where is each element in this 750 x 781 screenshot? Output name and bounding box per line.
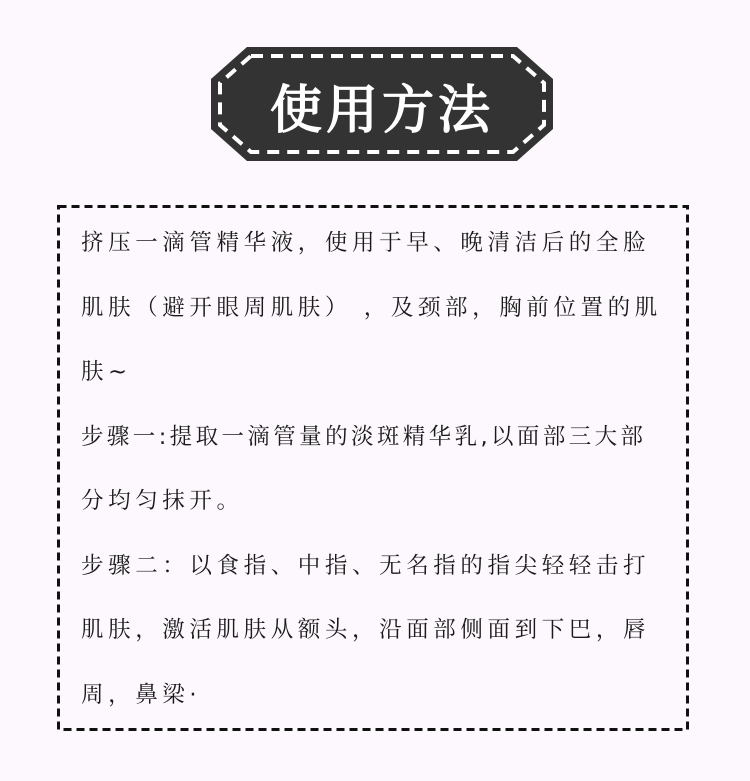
instruction-line: 挤压一滴管精华液，使用于早、晚清洁后的全脸 [81, 220, 681, 285]
instructions-box: 挤压一滴管精华液，使用于早、晚清洁后的全脸 肌肤（避开眼周肌肤） ，及颈部，胸前… [57, 205, 689, 731]
instruction-line: 肤~ [81, 349, 681, 414]
instructions-text: 挤压一滴管精华液，使用于早、晚清洁后的全脸 肌肤（避开眼周肌肤） ，及颈部，胸前… [81, 220, 681, 736]
instruction-line: 肌肤（避开眼周肌肤） ，及颈部，胸前位置的肌 [81, 285, 681, 350]
step-two-line: 周，鼻梁· [81, 672, 681, 737]
step-one-line: 分均匀抹开。 [81, 478, 681, 543]
title-badge: 使用方法 [211, 47, 553, 161]
page-title: 使用方法 [211, 47, 553, 161]
step-two-line: 步骤二：以食指、中指、无名指的指尖轻轻击打 [81, 543, 681, 608]
step-two-line: 肌肤，激活肌肤从额头，沿面部侧面到下巴，唇 [81, 607, 681, 672]
step-one-line: 步骤一:提取一滴管量的淡斑精华乳,以面部三大部 [81, 414, 681, 479]
